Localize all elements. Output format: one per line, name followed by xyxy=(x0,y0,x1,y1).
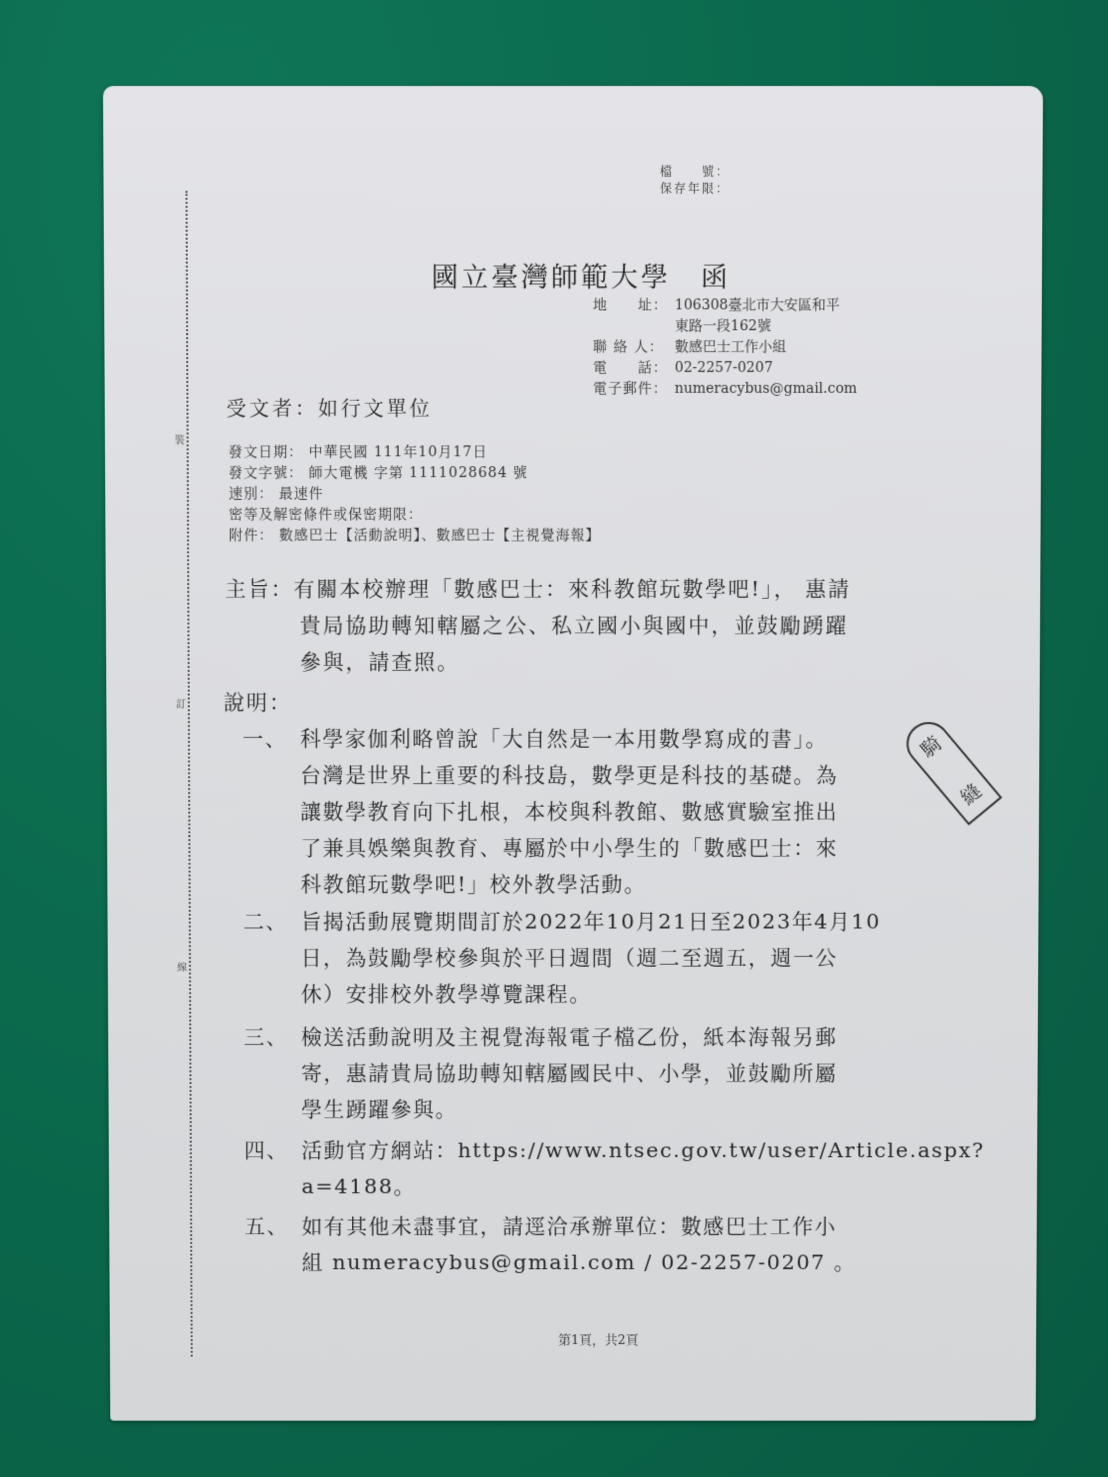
letterhead-contact: 地 址：106308臺北市大安區和平 東路一段162號 聯 絡 人：數感巴士工作… xyxy=(593,295,857,399)
phone-value: 02-2257-0207 xyxy=(675,360,773,376)
email-label: 電子郵件： xyxy=(593,379,675,400)
subject-section: 主旨：有關本校辦理「數感巴士：來科教館玩數學吧!」， 惠請 貴局協助轉知轄屬之公… xyxy=(225,571,851,681)
email-row: 電子郵件：numeracybus@gmail.com xyxy=(593,379,857,400)
subject-line-2: 貴局協助轉知轄屬之公、私立國小與國中，並鼓勵踴躍 xyxy=(225,608,851,645)
delivery-speed: 速別： 最速件 xyxy=(229,484,601,505)
subject-line-1: 主旨：有關本校辦理「數感巴士：來科教館玩數學吧!」， 惠請 xyxy=(225,571,851,608)
stamp-char-top: 騎 xyxy=(913,728,947,763)
email-value: numeracybus@gmail.com xyxy=(675,381,857,397)
retention-label: 保存年限： xyxy=(660,181,730,198)
explanation-label: 說明： xyxy=(223,685,292,721)
subject-line-3: 參與，請查照。 xyxy=(225,644,851,680)
phone-label: 電 話： xyxy=(593,358,675,379)
explanation-item-1: 一、科學家伽利略曾說「大自然是一本用數學寫成的書」。 台灣是世界上重要的科技島，… xyxy=(242,721,838,903)
explanation-item-4: 四、活動官方網站：https://www.ntsec.gov.tw/user/A… xyxy=(244,1133,985,1205)
file-meta: 檔 號： 保存年限： xyxy=(660,164,730,198)
stamp-char-bottom: 縫 xyxy=(953,776,987,810)
file-number-label: 檔 號： xyxy=(660,164,730,181)
item-number: 四、 xyxy=(244,1133,301,1169)
seal-stamp: 騎 縫 xyxy=(898,713,1003,825)
issue-date: 發文日期： 中華民國 111年10月17日 xyxy=(228,442,600,463)
phone-row: 電 話：02-2257-0207 xyxy=(593,358,857,379)
page-number: 第1頁，共2頁 xyxy=(558,1329,638,1347)
explanation-item-5: 五、如有其他未盡事宜，請逕洽承辦單位：數感巴士工作小 組 numeracybus… xyxy=(244,1209,856,1281)
website-url: 活動官方網站：https://www.ntsec.gov.tw/user/Art… xyxy=(301,1139,984,1162)
document-page: 裝 訂 線 檔 號： 保存年限： 國立臺灣師範大學 函 地 址：106308臺北… xyxy=(103,86,1043,1421)
item-number: 五、 xyxy=(244,1209,301,1245)
contact-label: 聯 絡 人： xyxy=(593,337,675,358)
item-number: 二、 xyxy=(243,904,301,940)
item-number: 一、 xyxy=(242,721,300,757)
binding-mark-ding: 訂 xyxy=(176,694,186,713)
address-row: 地 址：106308臺北市大安區和平 xyxy=(593,295,857,316)
binding-mark-xian: 線 xyxy=(177,957,187,976)
binding-line xyxy=(185,191,192,1357)
address-value: 106308臺北市大安區和平 xyxy=(675,297,840,313)
contact-row: 聯 絡 人：數感巴士工作小組 xyxy=(593,337,857,358)
explanation-item-2: 二、旨揭活動展覽期間訂於2022年10月21日至2023年4月10 日，為鼓勵學… xyxy=(243,904,881,1013)
address-value-2: 東路一段162號 xyxy=(675,318,771,334)
document-number: 發文字號： 師大電機 字第 1111028684 號 xyxy=(229,463,601,484)
contact-value: 數感巴士工作小組 xyxy=(675,339,787,355)
attachments: 附件： 數感巴士【活動說明】、數感巴士【主視覺海報】 xyxy=(229,526,601,547)
recipient: 受文者：如行文單位 xyxy=(226,393,432,422)
address-label: 地 址： xyxy=(593,295,675,316)
explanation-item-3: 三、檢送活動說明及主視覺海報電子檔乙份，紙本海報另郵 寄，惠請貴局協助轉知轄屬國… xyxy=(244,1020,838,1128)
item-number: 三、 xyxy=(244,1020,301,1056)
document-title: 國立臺灣師範大學 函 xyxy=(431,256,730,295)
confidentiality: 密等及解密條件或保密期限： xyxy=(229,505,601,526)
address-row-2: 東路一段162號 xyxy=(593,316,857,337)
binding-mark-zhuang: 裝 xyxy=(175,430,185,449)
document-info: 發文日期： 中華民國 111年10月17日 發文字號： 師大電機 字第 1111… xyxy=(228,442,600,546)
subject-label: 主旨： xyxy=(225,577,294,601)
